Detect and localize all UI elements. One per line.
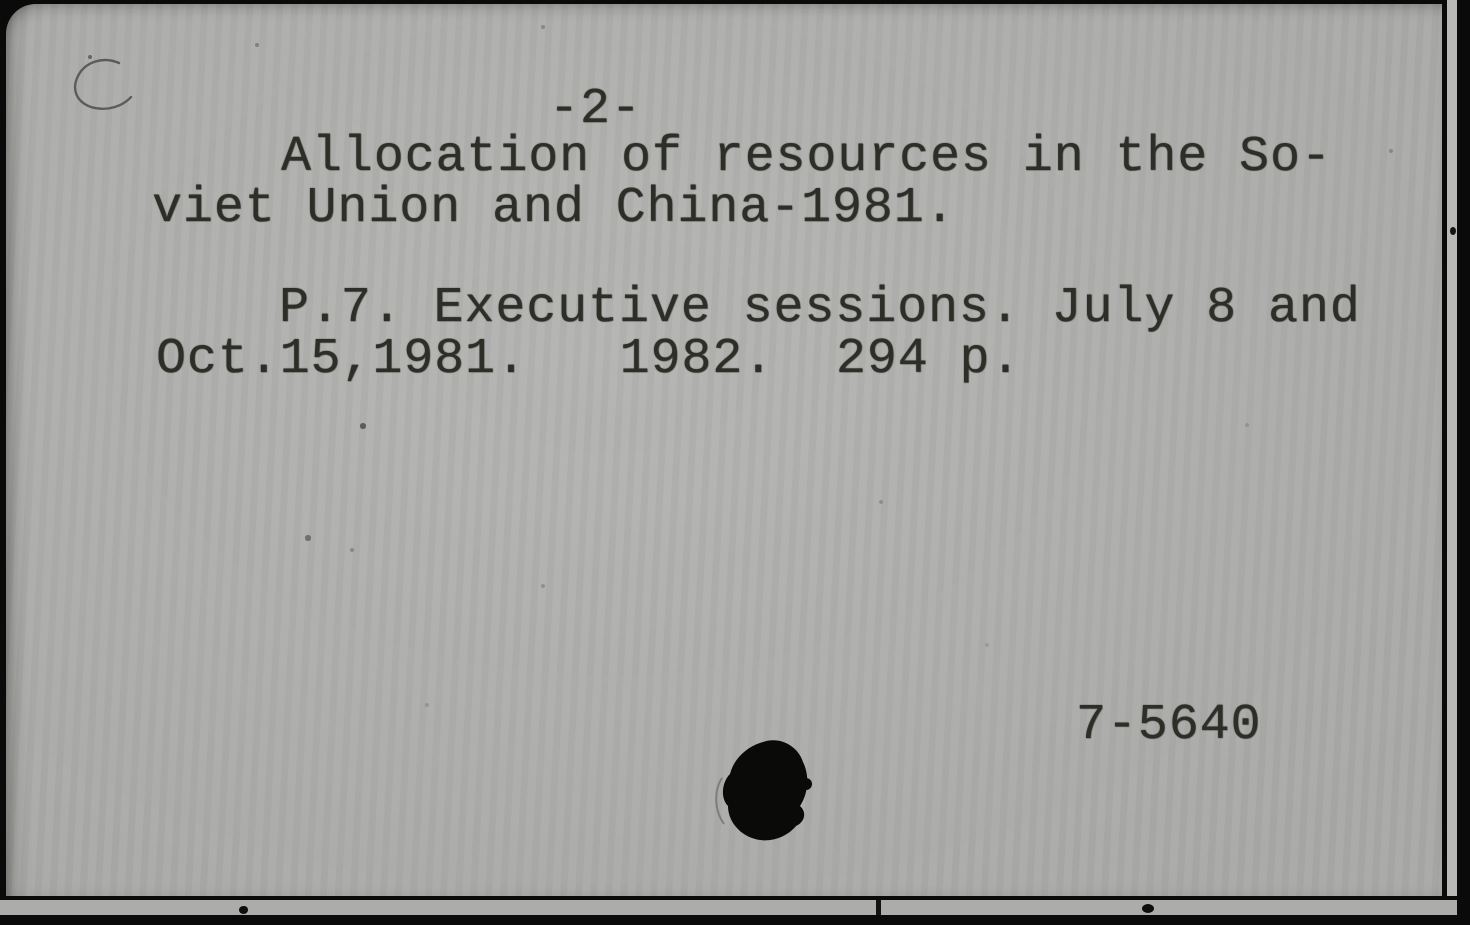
bottom-strip-tick <box>876 900 881 915</box>
detail-line-2: Oct.15,1981. 1982. 294 p. <box>156 334 1021 386</box>
next-card-bottom-strip <box>0 900 1457 915</box>
right-strip-speck <box>1450 227 1456 235</box>
title-line-2: viet Union and China-1981. <box>152 183 956 235</box>
call-number: 7-5640 <box>1076 700 1261 752</box>
ink-blot-stain <box>706 732 836 862</box>
bottom-strip-dot-left <box>239 906 248 914</box>
scan-specks <box>6 4 8 6</box>
title-line-1: Allocation of resources in the So- <box>281 132 1332 184</box>
handwritten-c-mark <box>69 54 147 116</box>
bottom-strip-dot-right <box>1142 904 1154 913</box>
detail-line-1: P.7. Executive sessions. July 8 and <box>279 283 1361 335</box>
adjacent-card-right-strip <box>1447 0 1457 896</box>
scanned-catalog-card-photo: -2- Allocation of resources in the So- v… <box>0 0 1470 925</box>
